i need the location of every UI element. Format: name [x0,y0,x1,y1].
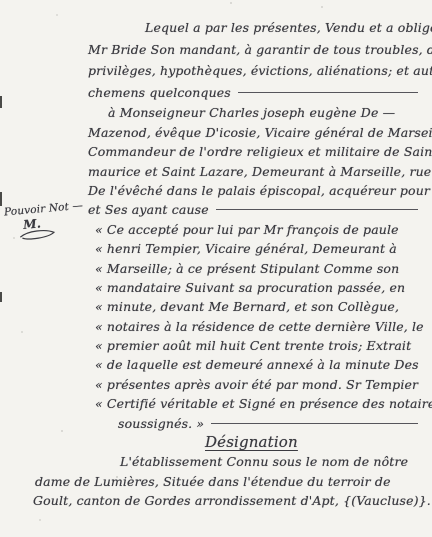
document-line: « de laquelle est demeuré annexé à la mi… [95,355,432,374]
line-text: à Monseigneur Charles joseph eugène De — [108,103,395,122]
line-text: « notaires à la résidence de cette derni… [95,317,424,336]
document-line: « premier août mil huit Cent trente troi… [95,336,432,355]
line-text: De l'évêché dans le palais épiscopal, ac… [88,181,432,200]
line-text: « de laquelle est demeuré annexé à la mi… [95,355,419,374]
line-text: Mazenod, évêque D'icosie, Vicaire généra… [88,123,432,142]
document-line: « minute, devant Me Bernard, et son Coll… [95,297,432,316]
line-text: « minute, devant Me Bernard, et son Coll… [95,297,399,316]
section-heading-designation: Désignation [205,433,432,452]
line-text: « Certifié véritable et Signé en présenc… [95,394,432,413]
document-line: Mr Bride Son mandant, à garantir de tous… [88,39,432,61]
document-line: « Ce accepté pour lui par Mr françois de… [95,220,432,239]
document-line: soussignés. » [118,414,432,433]
document-line: Lequel a par les présentes, Vendu et a o… [145,17,432,39]
document-line: Mazenod, évêque D'icosie, Vicaire généra… [88,123,432,142]
flourish-rule [211,423,418,424]
line-text: soussignés. » [118,414,204,433]
line-text: « henri Tempier, Vicaire général, Demeur… [95,239,397,258]
line-text: « présentes après avoir été par mond. Sr… [95,375,418,394]
line-text: Lequel a par les présentes, Vendu et a o… [145,17,432,39]
line-text: L'établissement Connu sous le nom de nôt… [120,452,408,471]
document-line: « notaires à la résidence de cette derni… [95,317,432,336]
document-line: « Marseille; à ce présent Stipulant Comm… [95,259,432,278]
manuscript-scan-page: Pouvoir Not — M. Lequel a par les présen… [0,0,432,537]
line-text: Mr Bride Son mandant, à garantir de tous… [88,39,432,61]
document-line: Goult, canton de Gordes arrondissement d… [33,491,432,510]
heading-text: Désignation [205,433,298,452]
document-line: « présentes après avoir été par mond. Sr… [95,375,432,394]
document-line: chemens quelconques [88,82,432,104]
line-text: privilèges, hypothèques, évictions, alié… [88,60,432,82]
line-text: « Marseille; à ce présent Stipulant Comm… [95,259,399,278]
line-text: Goult, canton de Gordes arrondissement d… [33,491,431,510]
document-line: maurice et Saint Lazare, Demeurant à Mar… [88,162,432,181]
document-line: « Certifié véritable et Signé en présenc… [95,394,432,413]
line-text: chemens quelconques [88,82,231,104]
document-line: « henri Tempier, Vicaire général, Demeur… [95,239,432,258]
manuscript-text-block: Lequel a par les présentes, Vendu et a o… [0,17,432,511]
line-text: « Ce accepté pour lui par Mr françois de… [95,220,399,239]
line-text: Commandeur de l'ordre religieux et milit… [88,142,432,161]
line-text: et Ses ayant cause [88,200,209,219]
document-line: « mandataire Suivant sa procuration pass… [95,278,432,297]
document-line: privilèges, hypothèques, évictions, alié… [88,60,432,82]
document-line: L'établissement Connu sous le nom de nôt… [120,452,432,471]
document-line: et Ses ayant cause [88,200,432,219]
flourish-rule [216,209,418,210]
document-line: dame de Lumières, Située dans l'étendue … [35,472,432,491]
document-line: Commandeur de l'ordre religieux et milit… [88,142,432,161]
line-text: maurice et Saint Lazare, Demeurant à Mar… [88,162,431,181]
line-text: « mandataire Suivant sa procuration pass… [95,278,405,297]
line-text: dame de Lumières, Située dans l'étendue … [35,472,391,491]
flourish-rule [238,92,418,93]
document-line: De l'évêché dans le palais épiscopal, ac… [88,181,432,200]
line-text: « premier août mil huit Cent trente troi… [95,336,411,355]
document-line: à Monseigneur Charles joseph eugène De — [108,103,432,122]
